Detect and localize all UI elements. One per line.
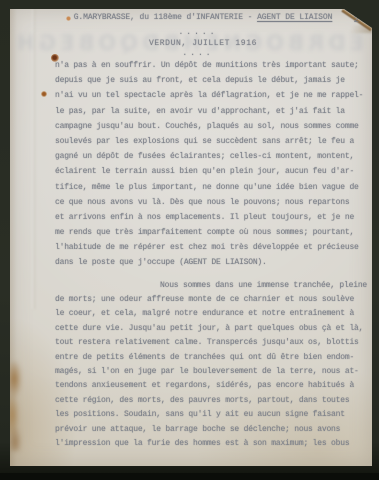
text-line: campagne jusqu'au bout. Couchés, plaqués… — [55, 119, 367, 134]
text-line: gagné un dépôt de fusées éclairantes; ce… — [55, 149, 367, 164]
text-line: tendons anxieusement et regardons, sidér… — [55, 379, 367, 393]
text-line: et arrivons enfin à nos emplacements. Il… — [55, 210, 367, 225]
document-body: n'a pas à en souffrir. Un dépôt de munit… — [55, 58, 367, 451]
paragraph-2: Nous sommes dans une immense tranchée, p… — [55, 279, 367, 452]
text-line: depuis que je suis au front, et cela dep… — [55, 73, 367, 88]
text-line: n'a pas à en souffrir. Un dépôt de munit… — [55, 58, 367, 73]
text-line: les positions. Soudain, sans qu'il y ait… — [55, 408, 367, 422]
text-line: le pas, par la suite, en avoir vu d'appr… — [55, 104, 367, 119]
text-line: dans le poste que j'occupe (AGENT DE LIA… — [55, 255, 367, 270]
author-line: G.MARYBRASSE, du 118ème d'INFANTERIE - A… — [10, 13, 372, 22]
agent-role: AGENT DE LIAISON — [257, 13, 332, 22]
text-line: de morts; une odeur affreuse monte de ce… — [55, 293, 367, 307]
text-line: entre de petits éléments de tranchées qu… — [55, 351, 367, 365]
text-line: éclairent le terrain aussi bien qu'en pl… — [55, 164, 367, 179]
text-line: cette dure vie. Jusqu'au petit jour, à p… — [55, 322, 367, 336]
text-line: tifice, même le plus important, ne donne… — [55, 180, 367, 195]
text-line: l'impression que la furie des hommes est… — [55, 437, 367, 451]
text-line: magés, si l'on en juge par le bouleverse… — [55, 365, 367, 379]
separator-dots-top: ..... — [10, 28, 372, 37]
text-line: l'habitude de me répérer est chez moi tr… — [55, 240, 367, 255]
separator-dots-bottom: .... — [10, 49, 372, 58]
text-line: me rends que très imparfaitement compte … — [55, 225, 367, 240]
document-title: VERDUN, JUILLET 1916 — [10, 39, 372, 48]
text-line: prévoir une attaque, le barrage boche se… — [55, 423, 367, 437]
photo-background: EDRBOGNEHBDQOBEGHNBDOE G.MARYBRASSE, du … — [0, 0, 379, 480]
text-line: ce que nous avons vu là. Dès que nous le… — [55, 195, 367, 210]
text-line: le coeur, et cela, malgré notre enduranc… — [55, 307, 367, 321]
edge-stain — [7, 361, 25, 451]
rust-spot — [41, 91, 47, 97]
page-number: 2 — [354, 15, 359, 25]
text-line: Nous sommes dans une immense tranchée, p… — [55, 279, 367, 293]
author-name: G.MARYBRASSE, du 118ème d'INFANTERIE - — [74, 13, 257, 22]
text-line: cette région, des morts, des pauvres mor… — [55, 394, 367, 408]
document-page: EDRBOGNEHBDQOBEGHNBDOE G.MARYBRASSE, du … — [10, 9, 372, 466]
text-line: n'ai vu un tel spectacle après la déflag… — [55, 88, 367, 103]
text-line: tout restera relativement calme. Transpe… — [55, 336, 367, 350]
text-line: soulevés par les explosions qui se succè… — [55, 134, 367, 149]
paragraph-1: n'a pas à en souffrir. Un dépôt de munit… — [55, 58, 367, 271]
